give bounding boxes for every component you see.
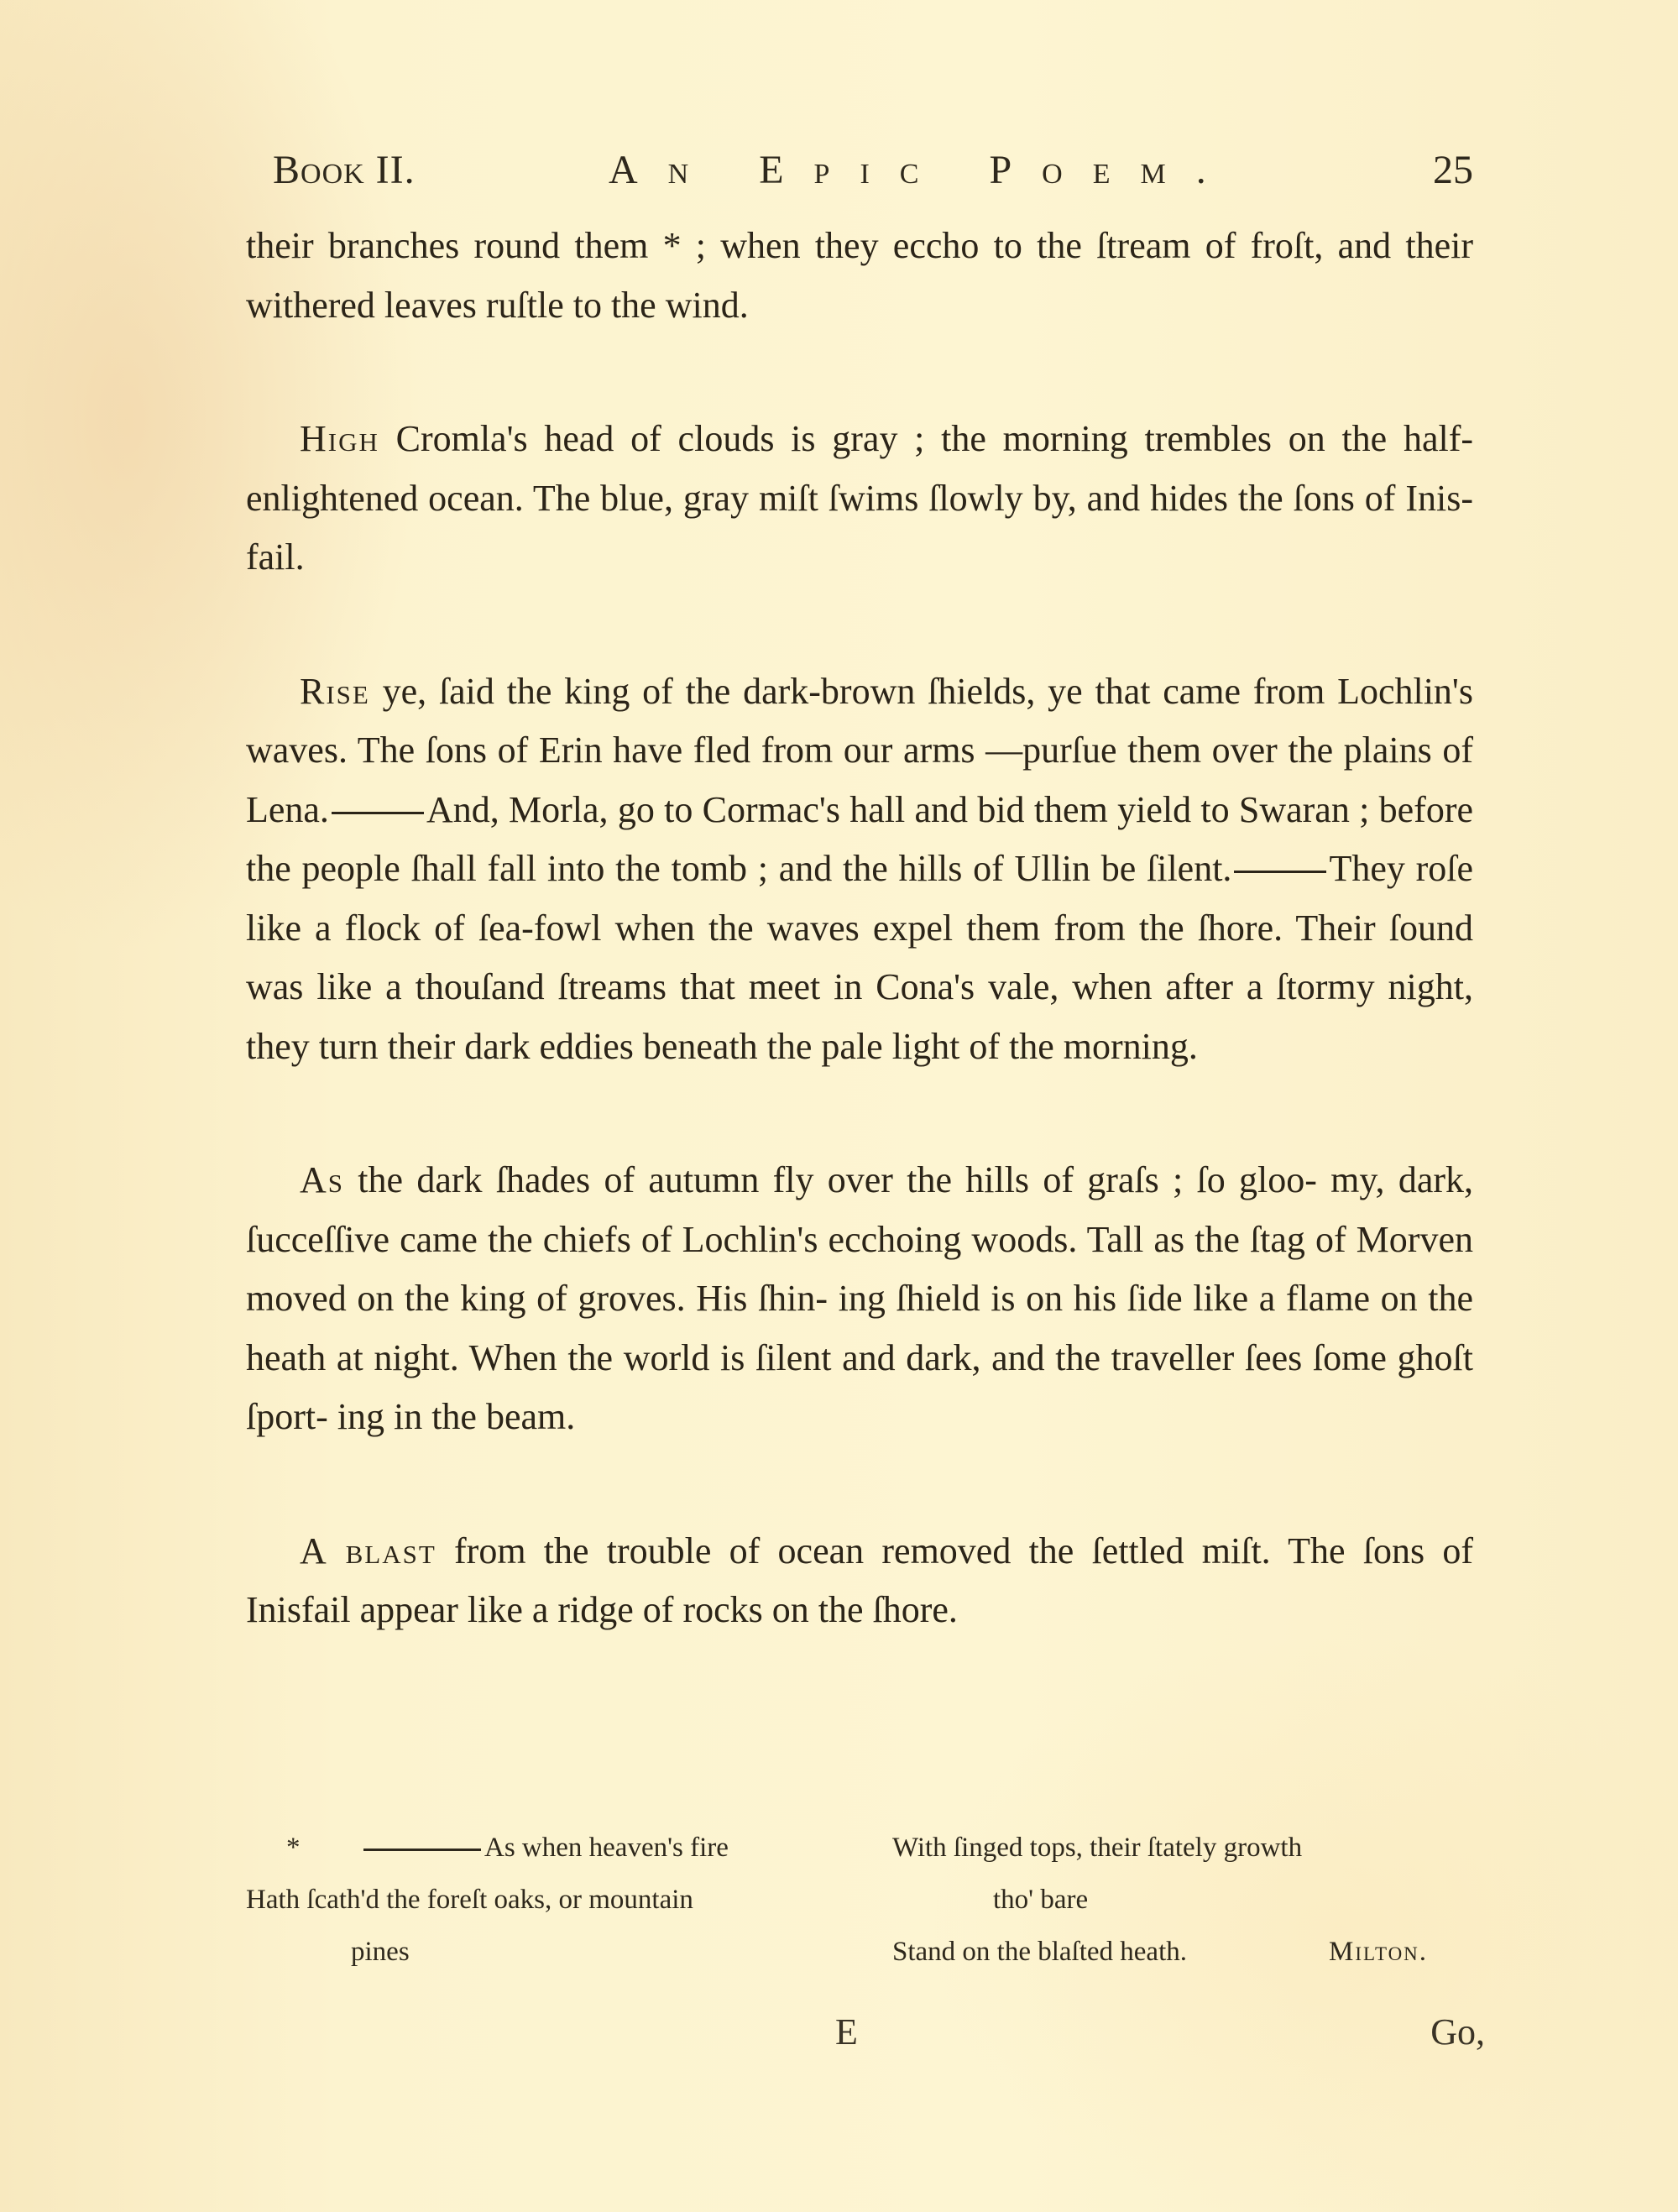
body-text: their branches round them * ; when they … (246, 217, 1473, 1640)
paragraph-text: their branches round them * ; when they … (246, 225, 1473, 326)
page-number: 25 (1433, 147, 1473, 193)
footnote-right-line: tho' bare (993, 1874, 1088, 1926)
footnote-marker: * (286, 1822, 301, 1874)
footnote-attribution: Milton. (1329, 1926, 1428, 1978)
em-rule (363, 1849, 481, 1851)
footnote-line: pines Stand on the blaſted heath. Milton… (246, 1926, 1473, 1978)
paragraph-text: And, Morla, go to Cormac's hall and bid … (246, 789, 1473, 890)
paragraph-high-cromla: High Cromla's head of clouds is gray ; t… (246, 410, 1473, 588)
footnote: * As when heaven's fire With ſinged tops… (246, 1822, 1473, 1978)
work-title: An Epic Poem. (609, 147, 1236, 193)
paragraph-rise-ye: Rise ye, ſaid the king of the dark-brown… (246, 662, 1473, 1077)
page-footer: E Go, (0, 2011, 1678, 2061)
footnote-line: Hath ſcath'd the foreſt oaks, or mountai… (246, 1874, 1473, 1926)
paragraph-lead: Rise (300, 671, 370, 712)
footnote-left-line: As when heaven's fire (363, 1822, 729, 1874)
footnote-left-line: Hath ſcath'd the foreſt oaks, or mountai… (246, 1874, 693, 1926)
footnote-right-line: Stand on the blaſted heath. (892, 1926, 1187, 1978)
paragraph-text: the dark ſhades of autumn fly over the h… (246, 1159, 1473, 1437)
paragraph-text: Cromla's head of clouds is gray ; the mo… (246, 418, 1473, 578)
paragraph-a-blast: A blast from the trouble of ocean remove… (246, 1522, 1473, 1640)
running-head: Book II. An Epic Poem. 25 (273, 147, 1473, 197)
paragraph-lead: As (300, 1159, 344, 1200)
catchword: Go, (1430, 2011, 1485, 2053)
footnote-line: * As when heaven's fire With ſinged tops… (246, 1822, 1473, 1874)
paragraph-lead: High (300, 418, 379, 459)
book-number: Book II. (273, 147, 416, 193)
paragraph-continuation: their branches round them * ; when they … (246, 217, 1473, 335)
paragraph-lead: A blast (300, 1530, 436, 1571)
em-rule (332, 812, 424, 814)
book-page: Book II. An Epic Poem. 25 their branches… (0, 0, 1678, 2212)
footnote-right-line: With ſinged tops, their ſtately growth (892, 1822, 1302, 1874)
em-rule (1234, 871, 1326, 873)
signature-mark: E (835, 2011, 858, 2053)
footnote-left-line: pines (351, 1926, 410, 1978)
paragraph-as-the-dark: As the dark ſhades of autumn fly over th… (246, 1151, 1473, 1447)
